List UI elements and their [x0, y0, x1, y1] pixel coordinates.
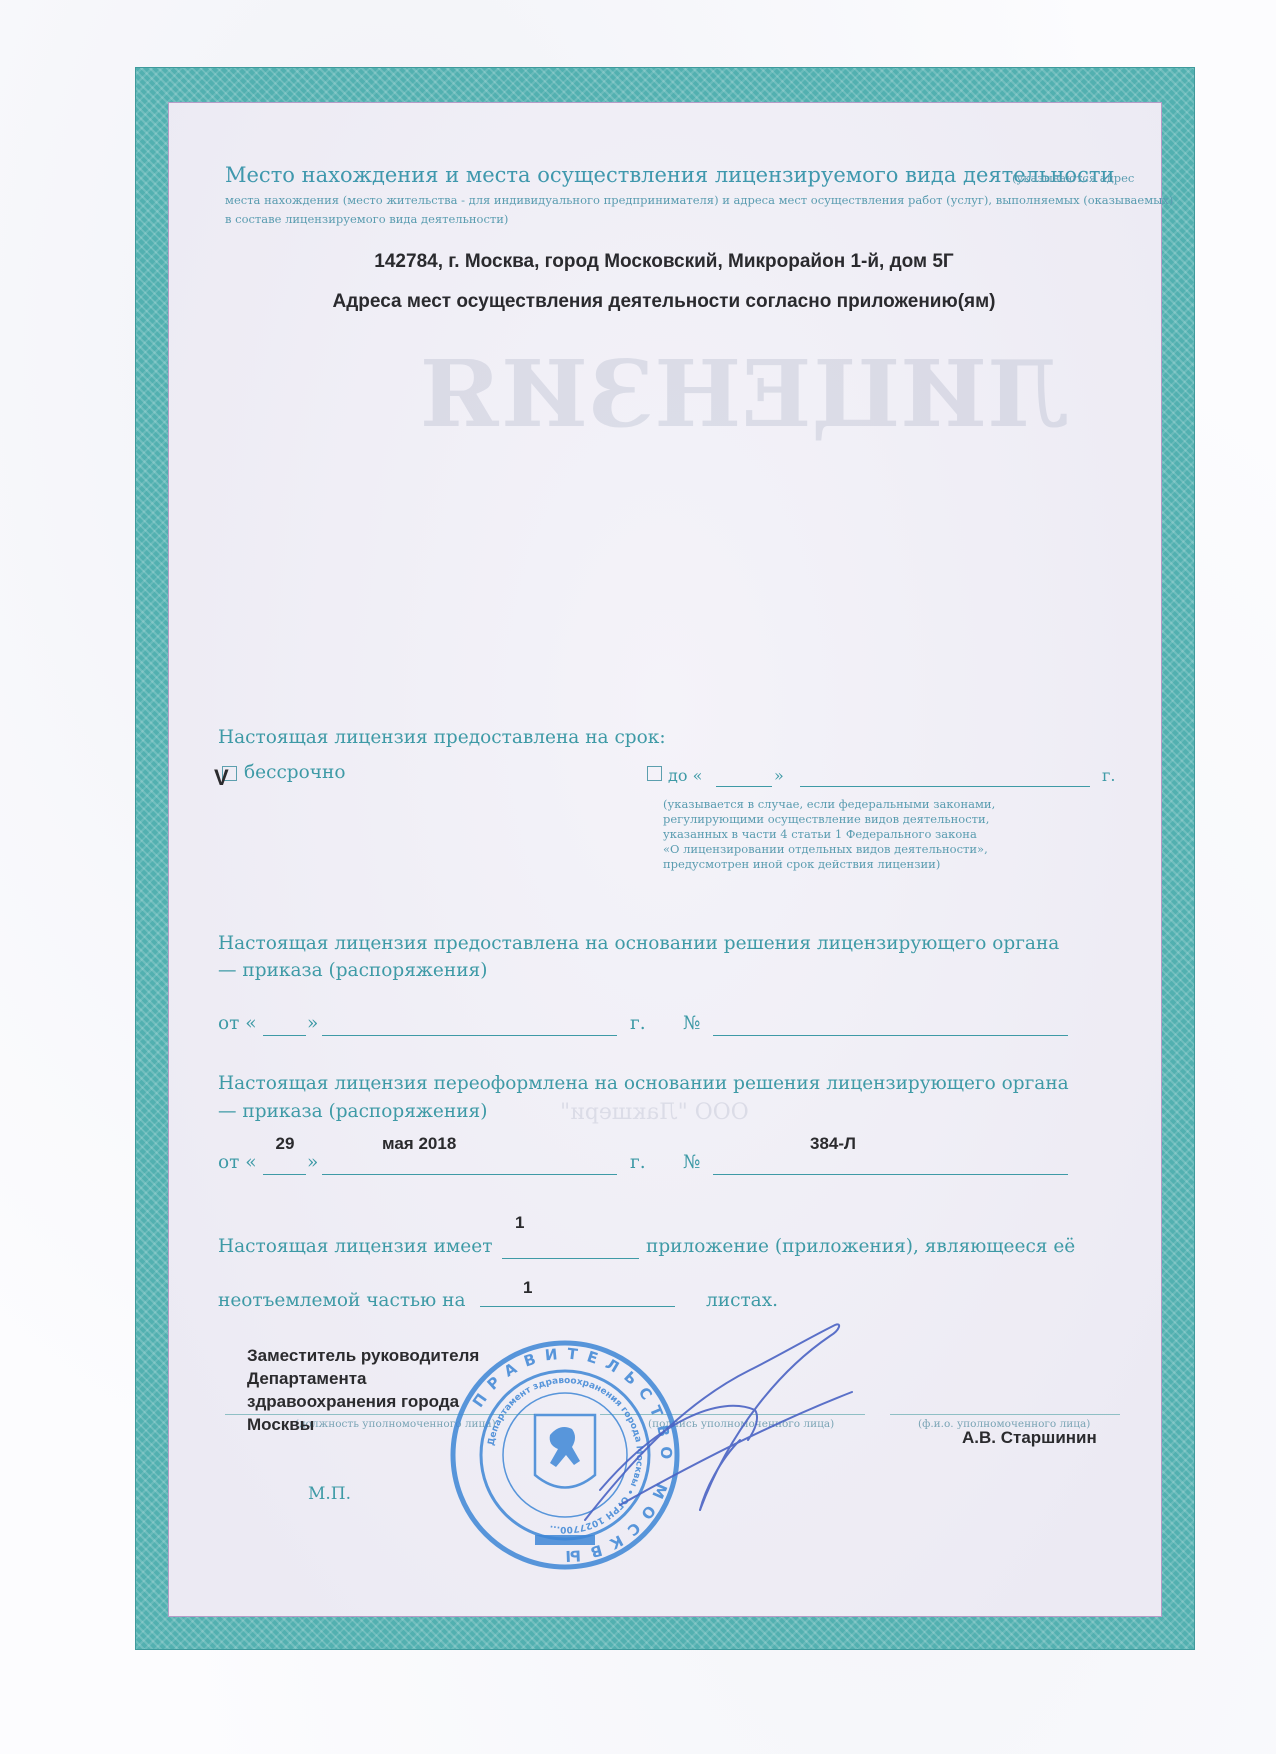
basis-quote-close: »	[307, 1013, 318, 1034]
reissue-quote-close: »	[307, 1152, 318, 1173]
appendix-line-1-prefix: Настоящая лицензия имеет	[218, 1236, 492, 1257]
basis-month-year-line	[322, 1035, 617, 1036]
until-prefix: до «	[668, 766, 702, 785]
until-day-line	[716, 786, 772, 787]
basis-number-line	[713, 1035, 1068, 1036]
reissue-from-prefix: от «	[218, 1152, 257, 1173]
basis-day-line	[263, 1035, 306, 1036]
position-line-text: Заместитель руководителя	[247, 1344, 479, 1367]
basis-year-suffix: г.	[630, 1013, 646, 1034]
reissue-number: 384-Л	[810, 1134, 856, 1154]
reissue-number-sign: №	[683, 1152, 701, 1173]
license-address: 142784, г. Москва, город Московский, Мик…	[168, 251, 1160, 273]
reissue-day: 29	[260, 1134, 310, 1154]
indefinite-label: бессрочно	[244, 762, 346, 783]
location-note-2: места нахождения (место жительства - для…	[225, 193, 1173, 207]
signatory-position: Заместитель руководителя Департамента зд…	[247, 1344, 479, 1436]
reissue-number-line	[713, 1174, 1068, 1175]
bleed-through-company: ООО "Лакшери"	[560, 1100, 749, 1125]
bleed-through-title: ЛИЦЕНЗИЯ	[420, 340, 1069, 448]
reissue-day-line	[263, 1174, 306, 1175]
appendix-line-2-prefix: неотъемлемой частью на	[218, 1290, 465, 1311]
reissue-line-2: — приказа (распоряжения)	[218, 1101, 487, 1122]
until-quote-close: »	[774, 766, 784, 785]
position-line-text: здравоохранения города	[247, 1390, 479, 1413]
appendix-count: 1	[515, 1213, 524, 1233]
until-note-line: предусмотрен иной срок действия лицензии…	[663, 857, 995, 872]
until-note-line: указанных в части 4 статьи 1 Федеральног…	[663, 827, 995, 842]
until-date-checkbox[interactable]	[647, 766, 662, 781]
basis-line-1: Настоящая лицензия предоставлена на осно…	[218, 933, 1059, 954]
basis-line-2: — приказа (распоряжения)	[218, 960, 487, 981]
name-line	[890, 1414, 1120, 1415]
reissue-year-suffix: г.	[630, 1152, 646, 1173]
term-heading: Настоящая лицензия предоставлена на срок…	[218, 727, 666, 748]
until-year-suffix: г.	[1102, 766, 1115, 785]
reissue-month-year: мая 2018	[382, 1134, 456, 1154]
activity-addresses: Адреса мест осуществления деятельности с…	[168, 291, 1160, 313]
position-line-text: Москвы	[247, 1413, 479, 1436]
handwritten-signature-icon	[580, 1300, 900, 1530]
seal-mark: М.П.	[308, 1484, 351, 1504]
until-note-line: «О лицензировании отдельных видов деятел…	[663, 842, 995, 857]
location-note-1: (указываются адрес	[1012, 171, 1134, 185]
until-note-line: регулирующими осуществление видов деятел…	[663, 812, 995, 827]
appendix-sheets: 1	[523, 1278, 532, 1298]
until-month-year-line	[800, 786, 1090, 787]
appendix-count-line	[502, 1258, 639, 1259]
reissue-month-year-line	[322, 1174, 617, 1175]
basis-number-sign: №	[683, 1013, 701, 1034]
reissue-line-1: Настоящая лицензия переоформлена на осно…	[218, 1073, 1069, 1094]
basis-from-prefix: от «	[218, 1013, 257, 1034]
until-note-line: (указывается в случае, если федеральными…	[663, 797, 995, 812]
location-note-3: в составе лицензируемого вида деятельнос…	[225, 212, 508, 226]
location-heading: Место нахождения и места осуществления л…	[225, 163, 1114, 187]
appendix-line-1-suffix: приложение (приложения), являющееся её	[646, 1236, 1075, 1257]
until-note: (указывается в случае, если федеральными…	[663, 797, 995, 872]
position-line-text: Департамента	[247, 1367, 479, 1390]
check-mark: V	[214, 765, 229, 791]
signatory-name: А.В. Старшинин	[962, 1428, 1097, 1448]
